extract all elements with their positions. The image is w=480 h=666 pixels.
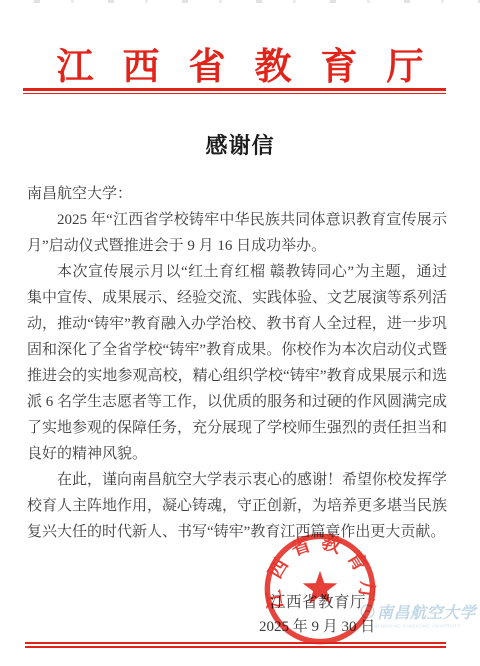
letter-paragraph-1: 2025 年“江西省学校铸牢中华民族共同体意识教育宣传展示月”启动仪式暨推进会于… <box>27 207 447 259</box>
watermark-row: 南昌航空大学 <box>360 600 478 623</box>
letterhead-divider <box>23 88 446 94</box>
letter-paragraph-3: 在此，谨向南昌航空大学表示衷心的感谢！希望你校发挥学校育人主阵地作用，凝心铸魂，… <box>27 467 447 545</box>
footer-divider <box>25 642 446 648</box>
signature: 江西省教育厅 <box>270 590 370 612</box>
letter-body: 南昌航空大学： 2025 年“江西省学校铸牢中华民族共同体意识教育宣传展示月”启… <box>27 181 447 545</box>
letter-date: 2025 年 9 月 30 日 <box>259 615 375 636</box>
university-watermark: 南昌航空大学 NANCHANG HANGKONG UNIVERSITY <box>360 600 478 630</box>
letter-page: 江西省教育厅 感谢信 南昌航空大学： 2025 年“江西省学校铸牢中华民族共同体… <box>0 0 480 666</box>
letterhead-title: 江西省教育厅 <box>0 36 480 90</box>
letter-title: 感谢信 <box>0 129 480 160</box>
letter-greeting: 南昌航空大学： <box>27 181 447 207</box>
scan-noise-strip <box>0 0 480 3</box>
letter-paragraph-2: 本次宣传展示月以“红土育红榴 赣教铸同心”为主题，通过集中宣传、成果展示、经验交… <box>27 259 447 467</box>
watermark-cn-text: 南昌航空大学 <box>377 600 476 623</box>
watermark-en-text: NANCHANG HANGKONG UNIVERSITY <box>374 624 462 629</box>
